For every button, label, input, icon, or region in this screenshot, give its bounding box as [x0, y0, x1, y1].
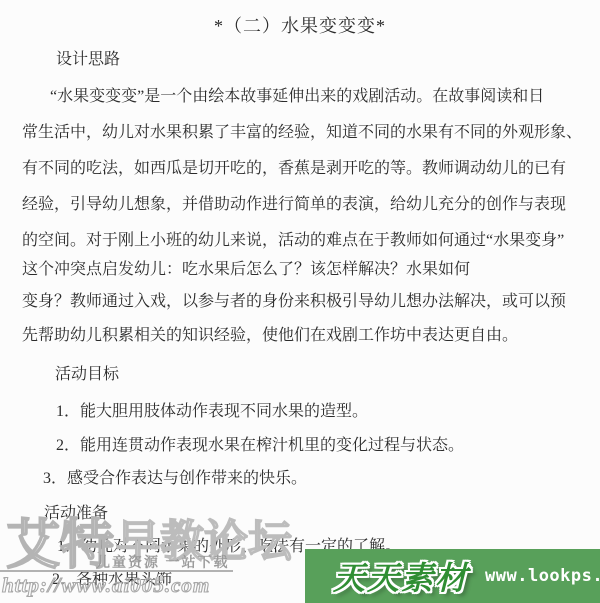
- material-site-url: www.lookps.com: [485, 566, 600, 586]
- paragraph-line: 的空间。对于刚上小班的幼儿来说，活动的难点在于教师如何通过“水果变身”: [22, 232, 564, 249]
- paragraph-line: 这个冲突点启发幼儿：吃水果后怎么了？该怎样解决？水果如何: [22, 261, 470, 278]
- paragraph-line: 有不同的吃法，如西瓜是切开吃的，香蕉是剥开吃的等。教师调动幼儿的已有: [22, 160, 566, 177]
- material-site-banner: 天天素材 www.lookps.com: [305, 549, 600, 603]
- paragraph-line: “水果变变变”是一个由绘本故事延伸出来的戏剧活动。在故事阅读和日: [50, 88, 544, 105]
- document-title: *（二）水果变变变*: [0, 12, 600, 38]
- section-heading-preparation: 活动准备: [44, 505, 108, 522]
- material-site-logo: 天天素材: [333, 553, 469, 599]
- paragraph-line: 先帮助幼儿积累相关的知识经验，使他们在戏剧工作坊中表达更自由。: [22, 327, 518, 344]
- scanned-document-page: *（二）水果变变变* 设计思路 “水果变变变”是一个由绘本故事延伸出来的戏剧活动…: [0, 0, 600, 603]
- paragraph-line: 经验，引导幼儿想象，并借助动作进行简单的表演，给幼儿充分的创作与表现: [22, 196, 566, 213]
- paragraph-line: 变身？教师通过入戏，以参与者的身份来积极引导幼儿想办法解决，或可以预: [22, 293, 566, 310]
- list-item-goal-2: 2．能用连贯动作表现水果在榨汁机里的变化过程与状态。: [56, 437, 464, 454]
- list-item-goal-3: 3．感受合作表达与创作带来的快乐。: [43, 470, 307, 487]
- section-heading-design-ideas: 设计思路: [56, 51, 120, 68]
- forum-watermark-tagline: 儿童资源 一站下载: [96, 552, 230, 572]
- list-item-goal-1: 1．能大胆用肢体动作表现不同水果的造型。: [56, 403, 368, 420]
- paragraph-line: 常生活中，幼儿对水果积累了丰富的经验，知道不同的水果有不同的外观形象、: [22, 124, 582, 141]
- list-item-prep-2: 2．各种水果头饰: [52, 571, 172, 588]
- section-heading-goals: 活动目标: [55, 366, 119, 383]
